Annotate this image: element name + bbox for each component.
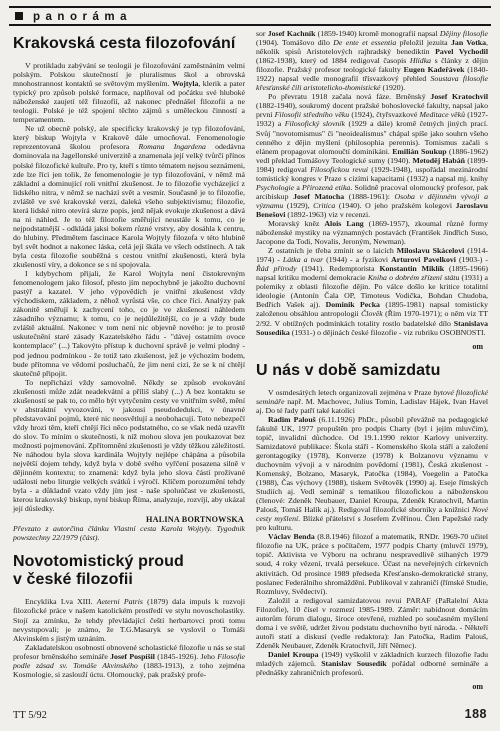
source-note: Převzato z autorčina článku Vlastní cest… — [13, 524, 245, 542]
text-run: Critica — [313, 201, 335, 210]
text-run: sor — [256, 29, 268, 38]
text-run: (1931-) o dějinách české filozofie - viz… — [290, 328, 486, 337]
paragraph: I kdybychom přijali, že Karol Wojtyla ne… — [13, 269, 245, 378]
text-run: Alois Lang — [324, 219, 363, 228]
text-run: Arturovi Pavelkovi — [391, 255, 456, 264]
text-run: I kdybychom přijali, že Karol Wojtyla ne… — [13, 269, 245, 378]
scanned-journal-page: panoráma Krakovská cesta filozofováníV p… — [0, 0, 500, 731]
text-run: Václav Benda — [268, 532, 315, 541]
text-run: Miloslavu Skácelovi — [397, 246, 465, 255]
text-run: V osmdesátých letech organizovali zejmén… — [268, 388, 433, 397]
text-run: (1904). Tomášovo dílo — [256, 38, 333, 47]
text-run: (1920). — [381, 83, 406, 92]
text-run: (1903-) - — [456, 255, 488, 264]
text-run: Založil a redigoval samizdatovou revui P… — [256, 596, 488, 650]
text-run: Řád přírody — [256, 264, 297, 273]
text-run: To nepřichází vždy samovolně. Někdy se z… — [13, 378, 245, 514]
paragraph: Po převratu 1918 začala nová fáze. Brněn… — [256, 92, 488, 219]
text-run: Filosofický slovník — [285, 119, 345, 128]
paragraph: Moravský kněz Alois Lang (1869-1957), zk… — [256, 219, 488, 246]
text-run: Josef Kachník — [268, 29, 316, 38]
paragraph: Zakladatelskou osobností obnovené schola… — [13, 643, 245, 679]
text-run: Převzato z autorčina článku Vlastní cest… — [13, 524, 245, 542]
text-run: Josef Pospíšil — [110, 652, 155, 661]
text-run: odedávna dominovala na Jagellonské unive… — [13, 142, 245, 269]
text-run: Radim Palouš — [268, 415, 316, 424]
text-run: Po převratu 1918 začala nová fáze. Brněn… — [268, 92, 430, 101]
text-run: (1924), čtyřsvazkové — [349, 110, 419, 119]
paragraph: Z ostatních je třeba zmínit se o laicích… — [256, 246, 488, 336]
text-run: (8.8.1946) filozof a matematik, RNDr. 19… — [256, 532, 488, 595]
paragraph: To nepřichází vždy samovolně. Někdy se z… — [13, 378, 245, 514]
text-run: De ente et essentia — [333, 38, 396, 47]
text-run: (1859-1940) kromě monografií napsal — [315, 29, 439, 38]
article-title: Novotomistický proudv české filozofii — [13, 553, 245, 589]
text-run: Psychologie — [256, 183, 294, 192]
paragraph: Daniel Kroupa (1949) vyškolil v základní… — [256, 650, 488, 677]
right-column: sor Josef Kachník (1859-1940) kromě mono… — [256, 29, 488, 695]
paragraph: V protikladu zabývání se teologii je fil… — [13, 61, 245, 124]
left-column: Krakovská cesta filozofováníV protikladu… — [13, 29, 245, 695]
text-run: Jan Votka — [451, 38, 486, 47]
text-run: Konstantin Miklík — [379, 264, 444, 273]
text-run: (1940). O jeho pražském kolegovi — [335, 201, 455, 210]
paragraph: Radim Palouš (6.11.1926) PhDr., působil … — [256, 415, 488, 533]
text-run: Metoděj Habáň — [412, 156, 464, 165]
text-run: Josef Matocha — [293, 192, 344, 201]
text-run: Wojtyla — [172, 79, 198, 88]
text-run: (1941). Redemptorista — [297, 264, 380, 273]
text-run: Emilián Soukup — [392, 147, 446, 156]
text-run: (1929), — [283, 201, 313, 210]
text-run: Z ostatních je třeba zmínit se o laicích — [268, 246, 397, 255]
text-run: Encyklika Lva XIII. — [25, 597, 97, 606]
text-run: Kniha o dobrém zřízení státu — [368, 273, 460, 282]
author-signature: HALINA BORTNOWSKA — [13, 515, 244, 524]
section-marker-icon — [15, 12, 23, 20]
paragraph: Václav Benda (8.8.1946) filozof a matema… — [256, 532, 488, 595]
paragraph: V osmdesátých letech organizovali zejmén… — [256, 388, 488, 415]
page-number: 188 — [465, 707, 487, 721]
author-initials: om — [256, 682, 483, 691]
text-run: Dějiny filosofie — [440, 29, 488, 38]
issue-label: TT 5/92 — [13, 710, 47, 721]
text-run: Filosofickou revui — [310, 165, 368, 174]
text-run: (1862-1938), který od 1884 redigoval čas… — [256, 56, 410, 65]
text-run: Pavel Vychodil — [435, 47, 488, 56]
text-run: Látka a tvar — [283, 255, 323, 264]
page-footer: TT 5/92 188 — [13, 707, 487, 721]
text-run: (1845-1926). Jeho — [155, 652, 217, 661]
text-run: Josef Kratochvil — [430, 92, 488, 101]
text-run: Meditace věků — [420, 110, 465, 119]
text-run: Daniel Kroupa — [268, 650, 319, 659]
text-run: (1888-1961): — [344, 192, 394, 201]
text-run: Aeterni Patris — [97, 597, 143, 606]
text-run: Člověk — [361, 309, 383, 318]
text-run: Stanislav Sousedík — [321, 659, 386, 668]
text-run: (1892-1963) viz v recenzi. — [285, 210, 370, 219]
text-run: Moravský kněz — [268, 219, 324, 228]
article-columns: Krakovská cesta filozofováníV protikladu… — [13, 29, 488, 695]
text-run: (1944) - a fyzikovi — [323, 255, 391, 264]
text-run: (6.11.1926) PhDr., působil převážně na p… — [256, 415, 488, 514]
text-run: přeložil jezuita — [396, 38, 451, 47]
text-run: Hlídka — [410, 56, 431, 65]
paragraph: Ne už obecně polský, ale specificky krak… — [13, 124, 245, 269]
section-label: panoráma — [33, 10, 132, 23]
section-header: panoráma — [9, 6, 491, 26]
text-run: Eugen Kadeřávek — [404, 65, 465, 74]
text-run: např. M. Machovec, Julius Tomin, Ladisla… — [256, 397, 488, 415]
text-run: Přirozená etika — [302, 183, 350, 192]
author-initials: om — [256, 342, 483, 351]
text-run: Romana Ingardena — [139, 142, 206, 151]
paragraph: Encyklika Lva XIII. Aeterni Patris (1879… — [13, 597, 245, 642]
article-title: U nás v době samizdatu — [256, 362, 488, 380]
text-run: a — [294, 183, 302, 192]
paragraph: sor Josef Kachník (1859-1940) kromě mono… — [256, 29, 488, 92]
text-run: Filosofii středního věku — [275, 110, 350, 119]
article-title: Krakovská cesta filozofování — [13, 35, 245, 53]
paragraph: Založil a redigoval samizdatovou revui P… — [256, 596, 488, 650]
